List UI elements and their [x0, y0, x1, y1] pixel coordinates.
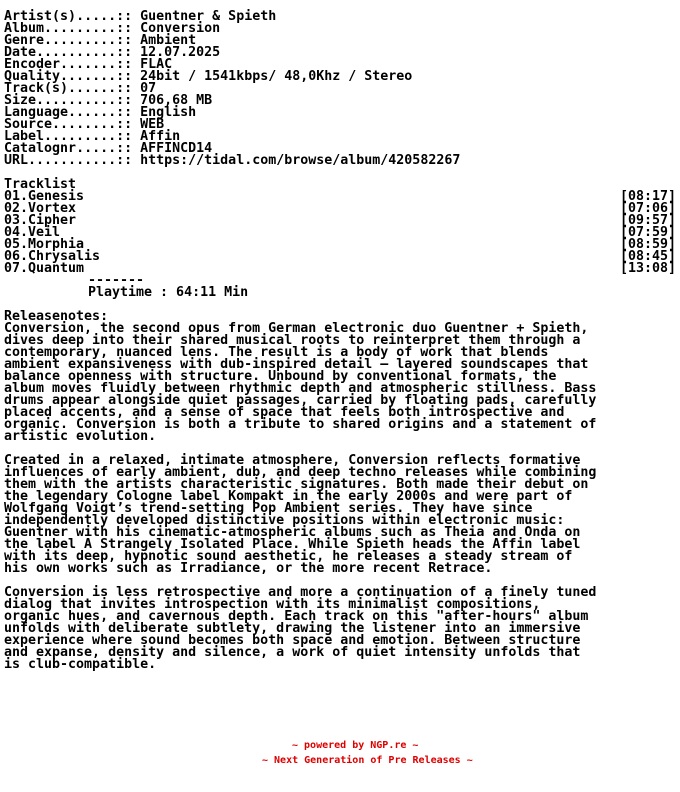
footer-line-powered-by: ~ powered by NGP.re ~	[292, 740, 418, 752]
info-row-url: URL...........:: https://tidal.com/brows…	[4, 155, 676, 167]
tracklist-heading: Tracklist	[4, 179, 676, 191]
releasenotes-paragraph-3: Conversion is less retrospective and mor…	[4, 587, 676, 671]
track-duration: [13:08]	[620, 263, 676, 275]
track-row: 04.Veil[07:59]	[4, 227, 676, 239]
info-dots: ...........	[28, 153, 116, 168]
track-row: 06.Chrysalis[08:45]	[4, 251, 676, 263]
release-info-section: Artist(s).....:: Guentner & Spieth Album…	[4, 11, 676, 167]
releasenotes-paragraph-1: Conversion, the second opus from German …	[4, 323, 676, 443]
track-row: 05.Morphia[08:59]	[4, 239, 676, 251]
track-row: 02.Vortex[07:06]	[4, 203, 676, 215]
track-row: 01.Genesis[08:17]	[4, 191, 676, 203]
track-title: 07.Quantum	[4, 263, 84, 275]
releasenotes-section: Releasenotes: Conversion, the second opu…	[4, 311, 676, 671]
tracklist-section: Tracklist 01.Genesis[08:17] 02.Vortex[07…	[4, 179, 676, 299]
playtime-line: Playtime : 64:11 Min	[4, 287, 676, 299]
releasenotes-paragraph-2: Created in a relaxed, intimate atmospher…	[4, 455, 676, 575]
release-url: https://tidal.com/browse/album/420582267	[140, 153, 460, 168]
nfo-document: Artist(s).....:: Guentner & Spieth Album…	[4, 11, 676, 671]
info-separator: ::	[116, 153, 140, 168]
track-row: 03.Cipher[09:57]	[4, 215, 676, 227]
footer-line-tagline: ~ Next Generation of Pre Releases ~	[262, 755, 473, 767]
info-label: URL	[4, 153, 28, 168]
info-value: 24bit / 1541kbps/ 48,0Khz / Stereo	[140, 69, 412, 84]
